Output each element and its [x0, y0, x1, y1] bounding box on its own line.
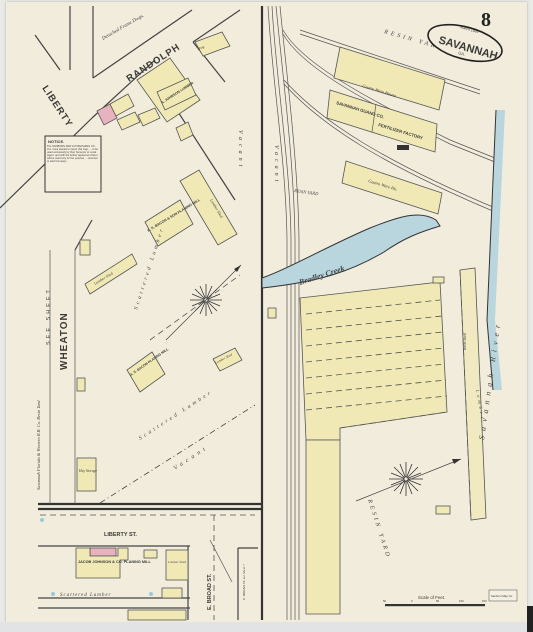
label-scattered-lumber-2: Scattered Lumber	[138, 389, 214, 441]
label-scattered-lumber-3: Scattered Lumber	[60, 593, 112, 598]
sheet-number: 8	[481, 9, 491, 31]
scale-bar: Scale of Feet. 50 0 50 100 150 Sanborn M…	[383, 590, 517, 606]
label-see-sheet: SEE SHEET	[46, 287, 52, 345]
stamp: Sanborn Map Co.	[491, 594, 513, 598]
scale-tick-3: 100	[459, 599, 464, 603]
notice-text: The SANBORN MAP & PUBLISHING CO. Lim. ha…	[47, 145, 99, 164]
scale-tick-1: 0	[411, 599, 413, 603]
label-resin-yard-bottom: RESIN YARD	[366, 498, 391, 560]
scale-title: Scale of Feet.	[418, 595, 445, 600]
label-resin-yard-mid: RESIN YARD	[293, 188, 320, 197]
label-vacant-mid: Vacant	[237, 130, 243, 170]
label-vacant-right: Vacant	[273, 145, 279, 185]
bradley-creek	[262, 215, 440, 288]
notice-title: NOTICE.	[48, 139, 64, 144]
street-label-wheaton: WHEATON	[59, 312, 70, 370]
labels-left: RANDOLPH LIBERTY WHEATON Detached Frame …	[36, 14, 243, 490]
label-lumber-shed-bottom: Lumber Shed	[167, 560, 186, 564]
label-river-shed: Resin Shed	[463, 333, 467, 351]
label-scattered-lumber-1: Scattered Lumber	[133, 226, 166, 311]
buildings-guano	[327, 47, 445, 214]
sanborn-map: NOTICE. The SANBORN MAP & PUBLISHING CO.…	[0, 0, 533, 632]
vacant-boundary	[100, 405, 255, 503]
resin-yard-block	[268, 268, 486, 614]
lumber-boundary	[150, 275, 240, 340]
scale-tick-4: 150	[482, 599, 487, 603]
street-label-liberty: LIBERTY	[39, 84, 74, 130]
street-label-e-broad: E. BROAD ST.	[207, 573, 213, 610]
title-cartouche: SAVANNAH March 1884 GA. 8	[424, 9, 506, 68]
scale-tick-2: 50	[436, 599, 440, 603]
compass-rose-right	[356, 459, 461, 501]
bottom-box-text: E. BROAD ST. see Sheet 7	[242, 564, 246, 601]
scale-tick-0: 50	[383, 599, 387, 603]
label-detached-frame: Detached Frame Dwgs.	[101, 14, 146, 43]
notice-box: NOTICE. The SANBORN MAP & PUBLISHING CO.…	[45, 136, 101, 192]
lower-left-panel: LIBERTY ST. JACOB JOHNSON & CO. PLANING …	[38, 515, 258, 620]
label-hay-storage: Hay Storage	[78, 469, 97, 473]
label-resin-yard-sfw: Savannah Florida & Western R.R. Co. Resi…	[36, 400, 41, 490]
label-vacant-left: Vacant	[173, 445, 210, 472]
street-label-liberty-st: LIBERTY ST.	[104, 532, 137, 538]
compass-rose-left	[166, 265, 241, 340]
label-planing-mill-bottom: JACOB JOHNSON & CO. PLANING MILL	[78, 560, 151, 564]
